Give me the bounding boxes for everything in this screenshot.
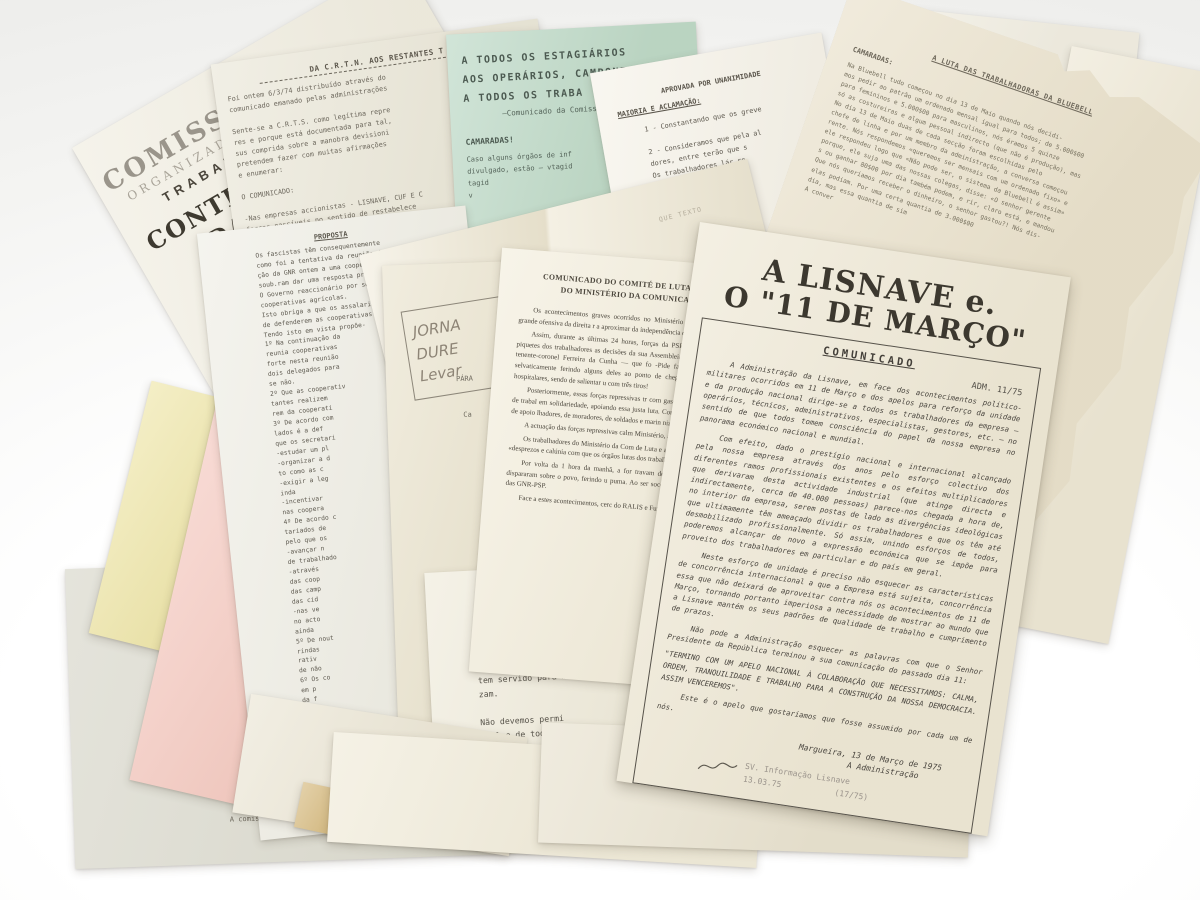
photo-of-document-pile: A 21 D: (A VI GAZ. A comis COMISSÃO ORGA… bbox=[0, 0, 1200, 900]
typed-fragment: Ca bbox=[463, 411, 472, 419]
band-faint-fragment: QUE TEXTO bbox=[658, 205, 703, 223]
lisnave-border-box: COMUNICADO ADM. 11/75 A Administração da… bbox=[632, 318, 1041, 834]
typed-fragment: PÁRA bbox=[456, 375, 473, 384]
signature-mark-icon bbox=[695, 756, 740, 785]
